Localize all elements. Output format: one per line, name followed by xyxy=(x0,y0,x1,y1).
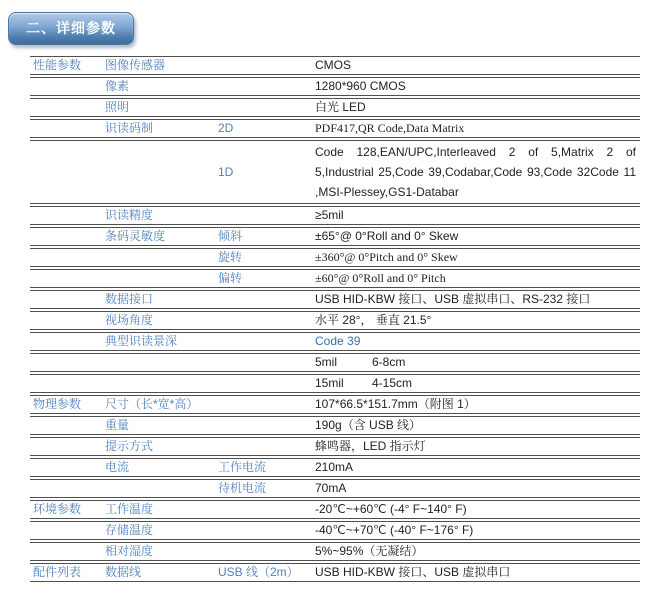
value-cell: 107*66.5*151.7mm（附图 1） xyxy=(313,396,640,413)
table-row: 配件列表数据线USB 线（2m）USB HID-KBW 接口、USB 虚拟串口 xyxy=(30,563,640,582)
category-cell: 物理参数 xyxy=(30,396,103,413)
value-cell: ±60°@ 0°Roll and 0° Pitch xyxy=(313,270,640,287)
table-row: 识读精度≥5mil xyxy=(30,206,640,225)
param-cell: 相对湿度 xyxy=(103,543,216,560)
param-cell: 像素 xyxy=(103,78,216,95)
value-cell: PDF417,QR Code,Data Matrix xyxy=(313,120,640,137)
value-cell: Code 128,EAN/UPC,Interleaved 2 of 5,Matr… xyxy=(313,141,640,203)
table-row: 提示方式蜂鸣器，LED 指示灯 xyxy=(30,437,640,456)
table-row: 重量190g（含 USB 线） xyxy=(30,416,640,435)
subparam-cell: 1D xyxy=(216,164,313,181)
table-row: 识读码制2DPDF417,QR Code,Data Matrix xyxy=(30,119,640,138)
table-row: 1DCode 128,EAN/UPC,Interleaved 2 of 5,Ma… xyxy=(30,140,640,204)
subparam-cell: USB 线（2m） xyxy=(216,564,313,581)
value-cell: 白光 LED xyxy=(313,99,640,116)
value-cell: 1280*960 CMOS xyxy=(313,78,640,95)
param-cell: 数据线 xyxy=(103,564,216,581)
param-cell: 照明 xyxy=(103,99,216,116)
param-cell: 识读码制 xyxy=(103,120,216,137)
param-cell: 尺寸（长*宽*高） xyxy=(103,396,216,413)
table-row: 性能参数图像传感器CMOS xyxy=(30,56,640,75)
param-cell: 识读精度 xyxy=(103,207,216,224)
value-cell: ±360°@ 0°Pitch and 0° Skew xyxy=(313,249,640,266)
table-row: 5mil6-8cm xyxy=(30,353,640,372)
subparam-cell: 偏转 xyxy=(216,270,313,287)
param-cell: 图像传感器 xyxy=(103,57,216,74)
value-cell: Code 39 xyxy=(313,333,640,350)
value-cell: ≥5mil xyxy=(313,207,640,224)
value-cell: 5%~95%（无凝结） xyxy=(313,543,640,560)
table-row: 视场角度水平 28°， 垂直 21.5° xyxy=(30,311,640,330)
spec-table: 性能参数图像传感器CMOS像素1280*960 CMOS照明白光 LED识读码制… xyxy=(30,56,640,582)
subparam-cell: 2D xyxy=(216,120,313,137)
param-cell: 典型识读景深 xyxy=(103,333,216,350)
table-row: 存储温度-40℃~+70℃ (-40° F~176° F) xyxy=(30,521,640,540)
value-cell: USB HID-KBW 接口、USB 虚拟串口、RS-232 接口 xyxy=(313,291,640,308)
spec-page: 二、详细参数 性能参数图像传感器CMOS像素1280*960 CMOS照明白光 … xyxy=(0,0,650,606)
table-row: 偏转±60°@ 0°Roll and 0° Pitch xyxy=(30,269,640,288)
value-cell: 70mA xyxy=(313,480,640,497)
param-cell: 工作温度 xyxy=(103,501,216,518)
param-cell: 视场角度 xyxy=(103,312,216,329)
subparam-cell: 工作电流 xyxy=(216,459,313,476)
value-pair-first: 5mil xyxy=(315,354,372,371)
table-row: 待机电流70mA xyxy=(30,479,640,498)
table-row: 数据接口USB HID-KBW 接口、USB 虚拟串口、RS-232 接口 xyxy=(30,290,640,309)
table-row: 环境参数工作温度-20℃~+60℃ (-4° F~140° F) xyxy=(30,500,640,519)
subparam-cell: 旋转 xyxy=(216,249,313,266)
table-row: 电流工作电流210mA xyxy=(30,458,640,477)
table-row: 旋转±360°@ 0°Pitch and 0° Skew xyxy=(30,248,640,267)
category-cell: 性能参数 xyxy=(30,57,103,74)
value-cell: ±65°@ 0°Roll and 0° Skew xyxy=(313,228,640,245)
param-cell: 存储温度 xyxy=(103,522,216,539)
param-cell: 条码灵敏度 xyxy=(103,228,216,245)
value-pair-first: 15mil xyxy=(315,375,372,392)
value-cell: CMOS xyxy=(313,57,640,74)
table-row: 典型识读景深Code 39 xyxy=(30,332,640,351)
param-cell: 重量 xyxy=(103,417,216,434)
value-cell: 蜂鸣器，LED 指示灯 xyxy=(313,438,640,455)
subparam-cell: 待机电流 xyxy=(216,480,313,497)
table-row: 物理参数尺寸（长*宽*高）107*66.5*151.7mm（附图 1） xyxy=(30,395,640,414)
table-row: 15mil4-15cm xyxy=(30,374,640,393)
table-row: 像素1280*960 CMOS xyxy=(30,77,640,96)
value-pair-second: 6-8cm xyxy=(372,355,405,369)
value-pair-second: 4-15cm xyxy=(372,376,412,390)
value-cell: 15mil4-15cm xyxy=(313,375,640,392)
value-cell: -40℃~+70℃ (-40° F~176° F) xyxy=(313,522,640,539)
param-cell: 电流 xyxy=(103,459,216,476)
value-cell: 190g（含 USB 线） xyxy=(313,417,640,434)
category-cell: 环境参数 xyxy=(30,501,103,518)
section-title-button: 二、详细参数 xyxy=(8,12,134,45)
table-row: 条码灵敏度倾斜±65°@ 0°Roll and 0° Skew xyxy=(30,227,640,246)
value-cell: 5mil6-8cm xyxy=(313,354,640,371)
value-cell: USB HID-KBW 接口、USB 虚拟串口 xyxy=(313,564,640,581)
table-row: 照明白光 LED xyxy=(30,98,640,117)
value-cell: 210mA xyxy=(313,459,640,476)
category-cell: 配件列表 xyxy=(30,564,103,581)
subparam-cell: 倾斜 xyxy=(216,228,313,245)
table-row: 相对湿度5%~95%（无凝结） xyxy=(30,542,640,561)
value-cell: 水平 28°， 垂直 21.5° xyxy=(313,312,640,329)
value-cell: -20℃~+60℃ (-4° F~140° F) xyxy=(313,501,640,518)
param-cell: 提示方式 xyxy=(103,438,216,455)
param-cell: 数据接口 xyxy=(103,291,216,308)
